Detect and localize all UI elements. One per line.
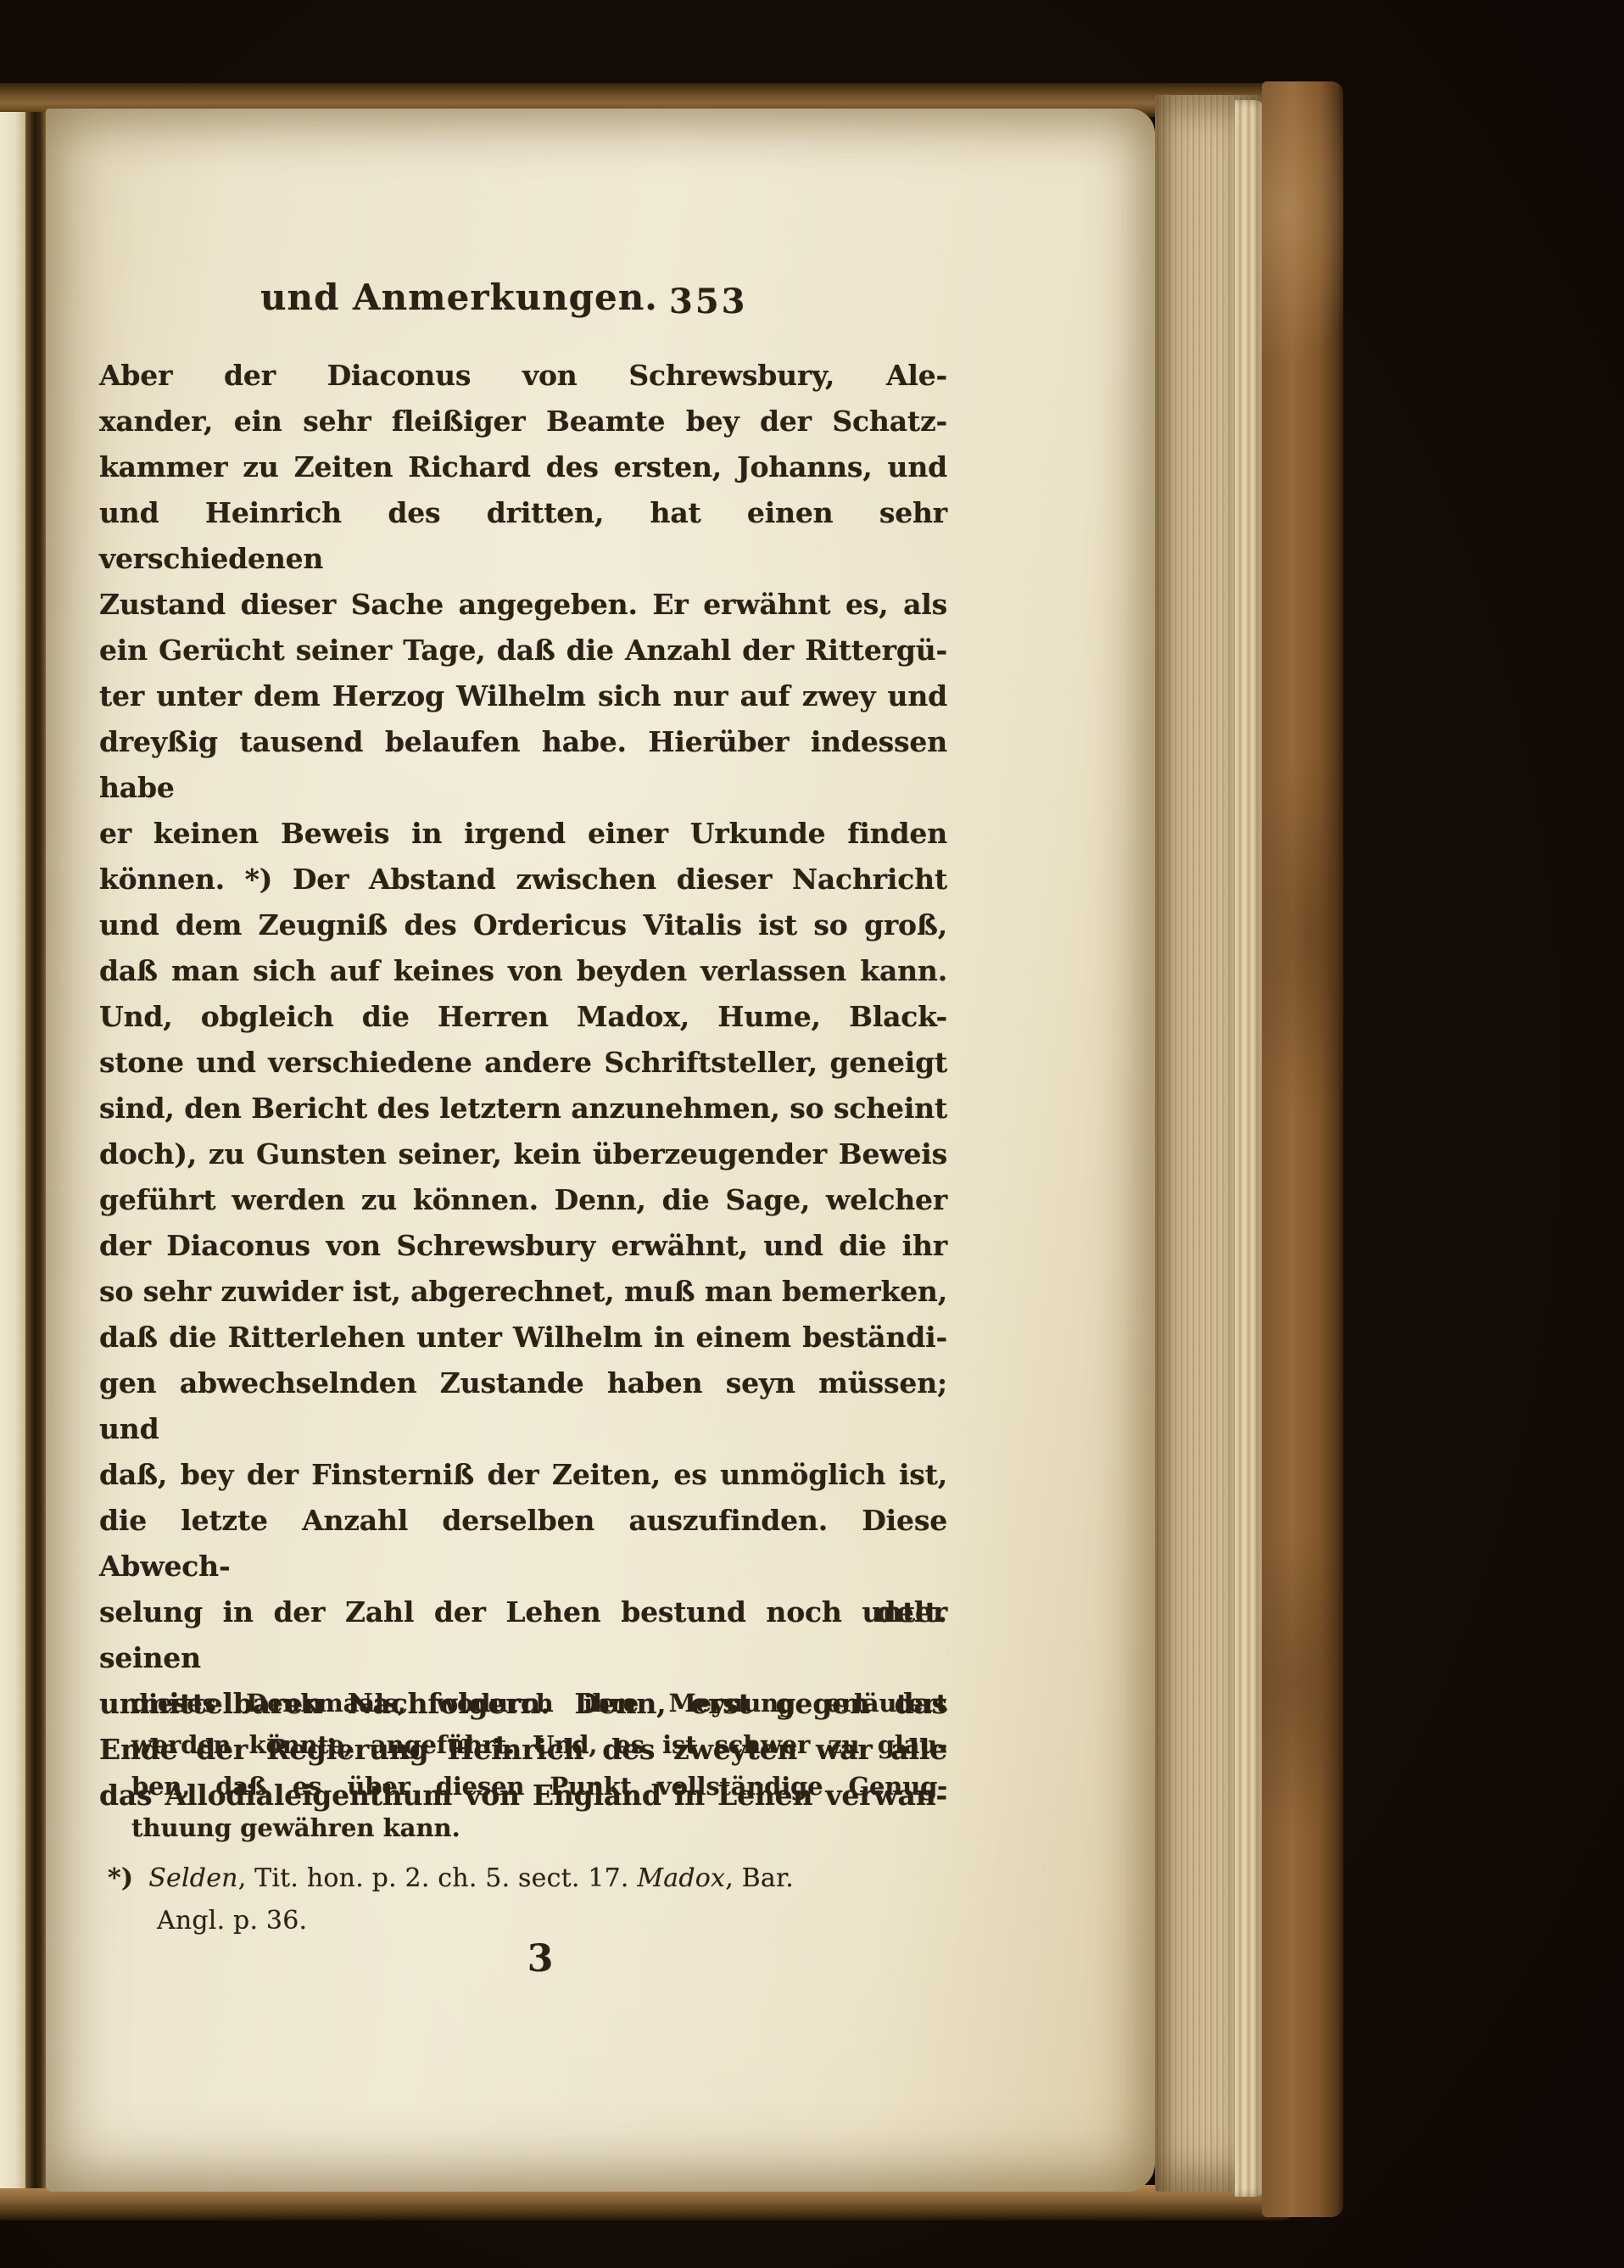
footnote-author-madox: Madox — [637, 1863, 725, 1893]
footnote-entry: *)Selden, Tit. hon. p. 2. ch. 5. sect. 1… — [108, 1857, 956, 1900]
fore-edge-thick-leaves — [1235, 100, 1264, 2197]
scanned-page: und Anmerkungen. 353 Aber der Diaconus v… — [46, 109, 1155, 2192]
fore-edge-page-stack — [1155, 95, 1264, 2192]
signature-mark: 3 — [99, 1937, 947, 1980]
page-number: 353 — [669, 282, 748, 321]
footnote-entry-line2: Angl. p. 36. — [157, 1900, 920, 1942]
footnote-reference-1: , Tit. hon. p. 2. ch. 5. sect. 17. — [238, 1863, 638, 1893]
footnote-reference-2: , Bar. — [725, 1863, 794, 1893]
footnote-continuation-last-line: thuung gewähren kann. — [131, 1807, 947, 1849]
body-text-last-line: delt. — [99, 1589, 947, 1635]
footnote-author-selden: Selden — [148, 1863, 237, 1893]
gutter-shadow — [25, 112, 46, 2188]
footnote-continuation: dieses Denkmaals, wodurch ihre Meynung e… — [131, 1683, 947, 1807]
facing-page-sliver — [0, 112, 25, 2188]
running-head: und Anmerkungen. 353 — [99, 277, 947, 327]
book-cover-board — [1262, 81, 1343, 2217]
signature-mark-glyph: 3 — [527, 1937, 554, 1980]
book-scan-photo: { "header": { "title": "und Anmerkungen.… — [0, 0, 1624, 2268]
footnote-marker: *) — [108, 1863, 148, 1893]
printed-text-block: und Anmerkungen. 353 Aber der Diaconus v… — [99, 109, 947, 2192]
page-title: und Anmerkungen. — [260, 277, 658, 318]
